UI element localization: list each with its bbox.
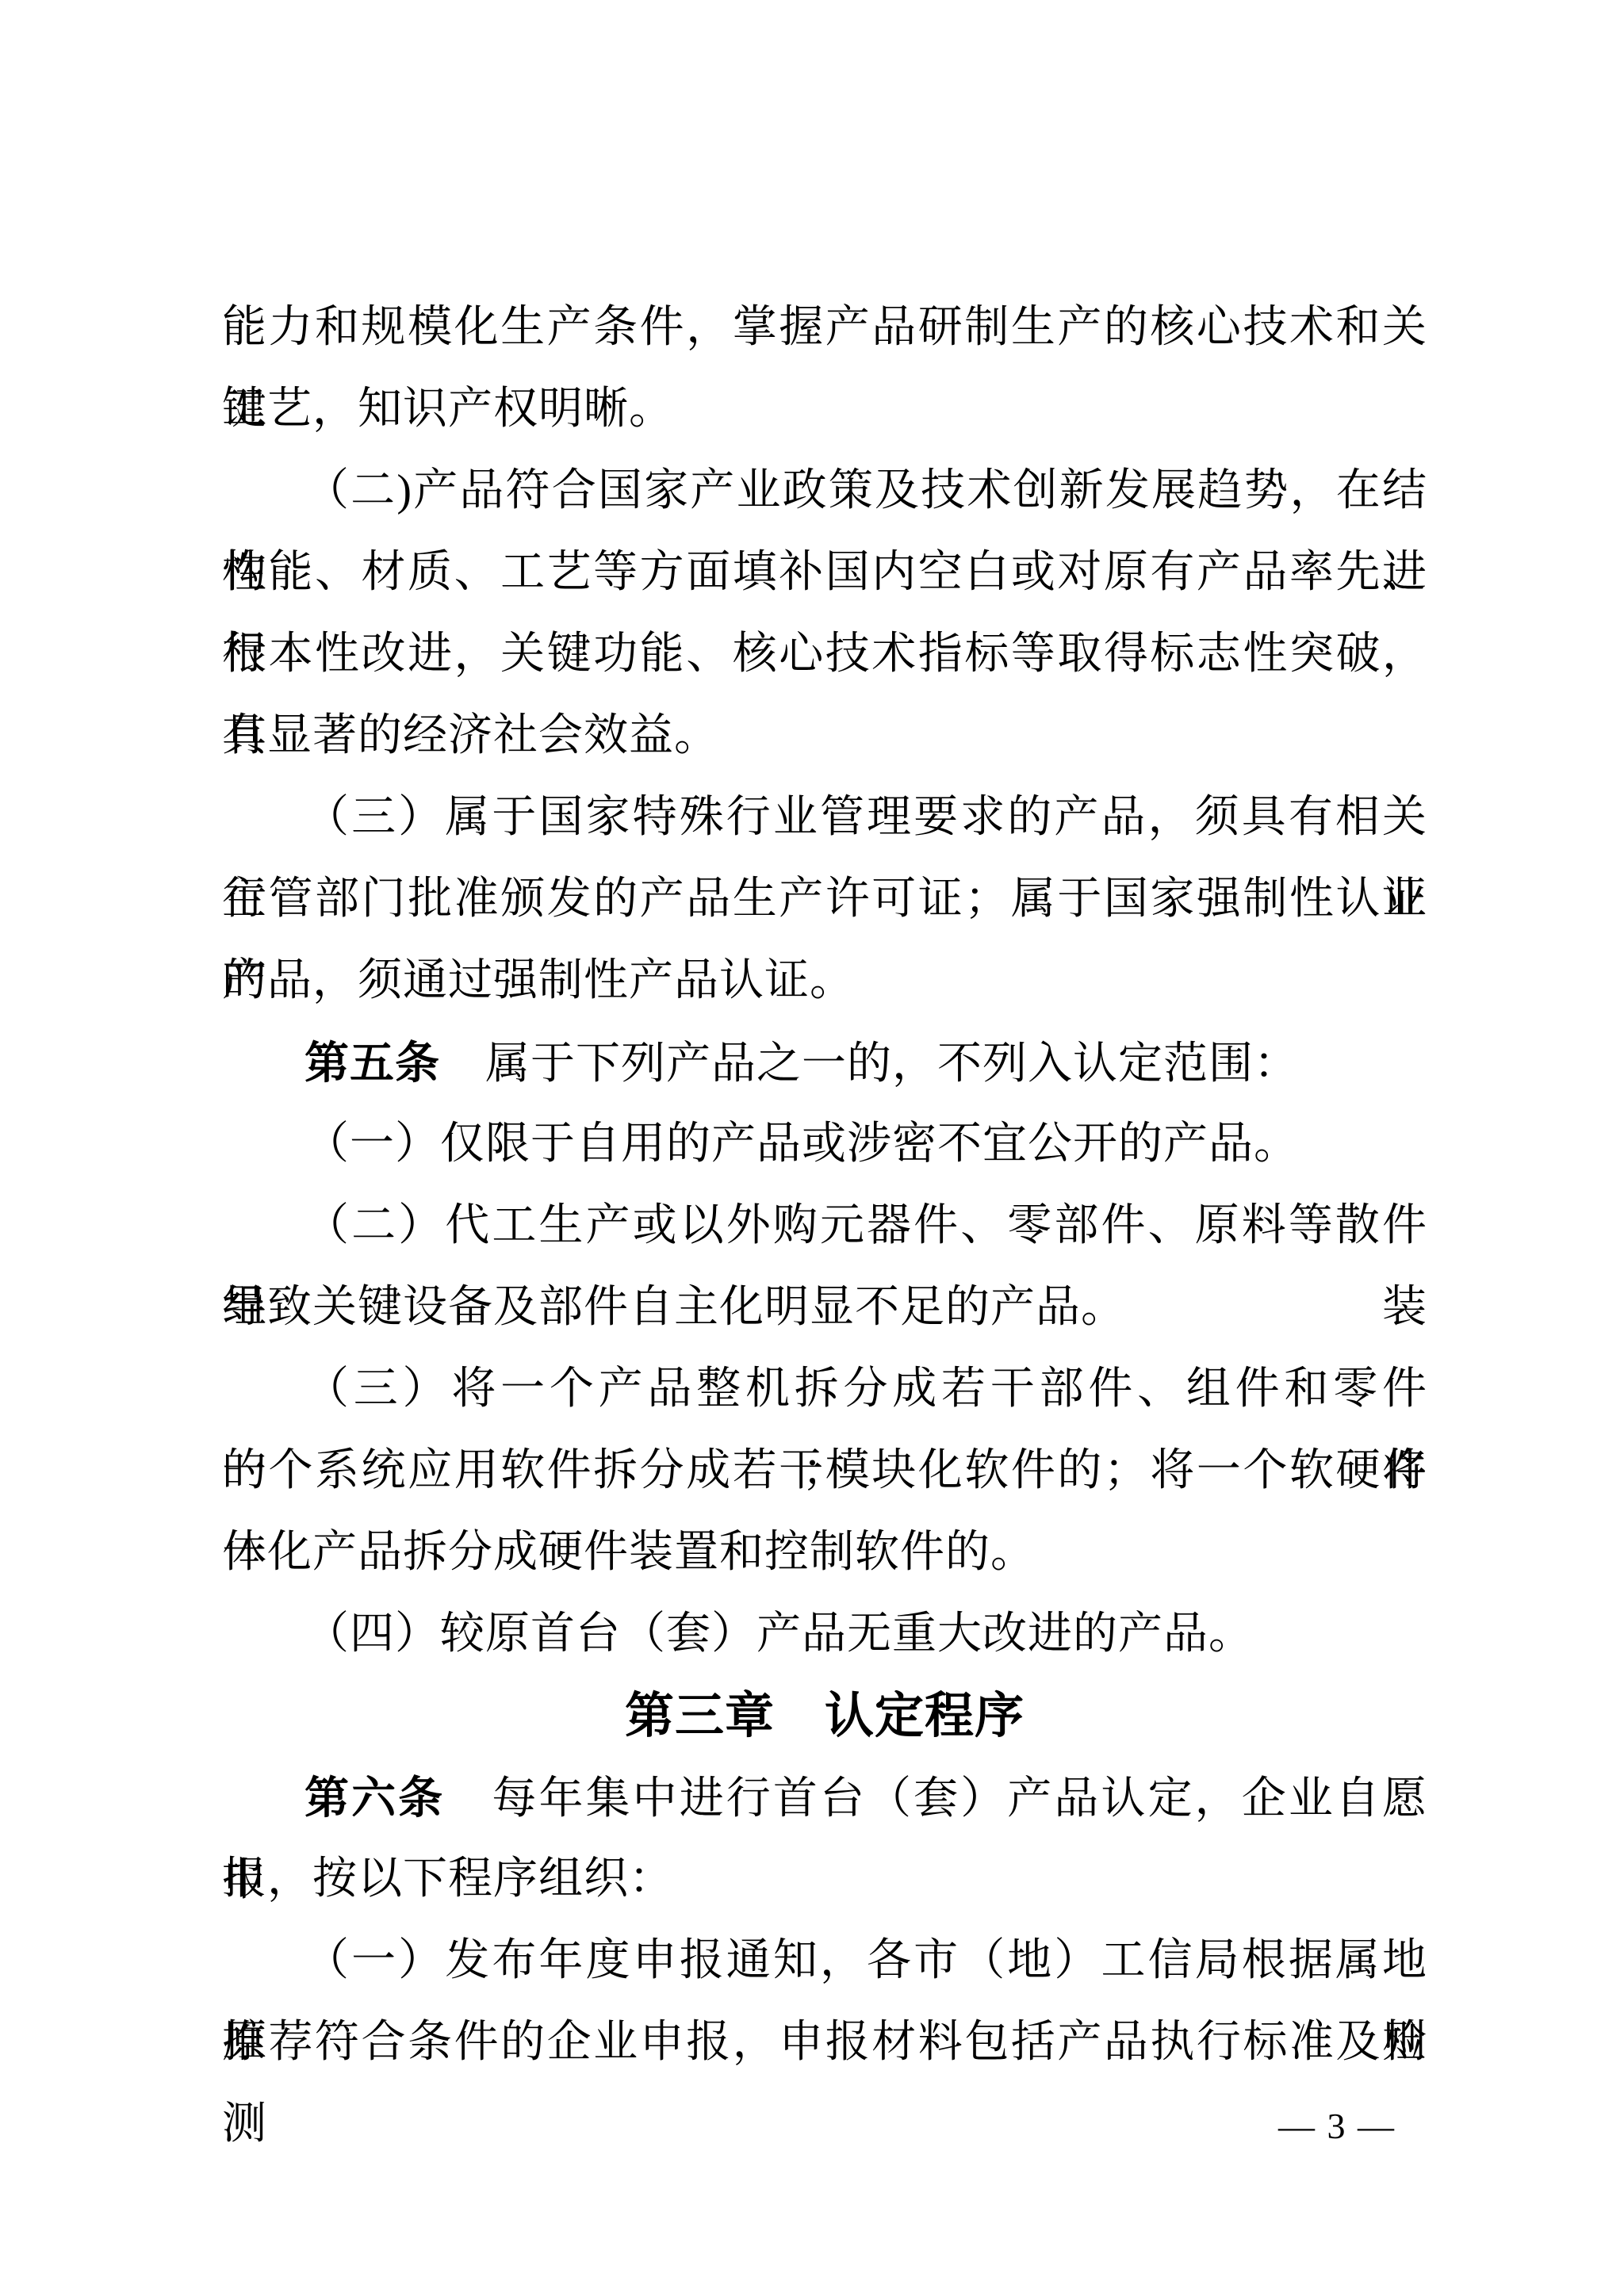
text-line: 一个系统应用软件拆分成若干模块化软件的；将一个软硬件一	[222, 1430, 1427, 1512]
text-line: （一）仅限于自用的产品或涉密不宜公开的产品。	[222, 1104, 1427, 1185]
text-line: 推荐符合条件的企业申报，申报材料包括产品执行标准及检测	[222, 2002, 1427, 2084]
text-line: （二)产品符合国家产业政策及技术创新发展趋势，在结构、	[222, 450, 1427, 532]
text-line: （三）将一个产品整机拆分成若干部件、组件和零件的；将	[222, 1349, 1427, 1430]
chapter-heading: 第三章 认定程序	[222, 1675, 1427, 1757]
article-number-label: 第五条	[304, 1038, 440, 1088]
text-line: 第六条 每年集中进行首台（套）产品认定，企业自愿申	[222, 1757, 1427, 1839]
document-body: 能力和规模化生产条件，掌握产品研制生产的核心技术和关键工艺，知识产权明晰。（二)…	[222, 287, 1427, 2084]
text-line: 第五条 属于下列产品之一的，不列入认定范围：	[222, 1022, 1427, 1104]
text-line: （三）属于国家特殊行业管理要求的产品，须具有相关行业	[222, 777, 1427, 859]
text-line: 工艺，知识产权明晰。	[222, 369, 1427, 450]
text-line: 性能、材质、工艺等方面填补国内空白或对原有产品率先进行	[222, 532, 1427, 614]
text-line: 报，按以下程序组织：	[222, 1839, 1427, 1920]
page-number: — 3 —	[1278, 2101, 1396, 2152]
text-line: （一）发布年度申报通知，各市（地）工信局根据属地原则	[222, 1920, 1427, 2002]
text-line: （四）较原首台（套）产品无重大改进的产品。	[222, 1594, 1427, 1675]
article-number-label: 第六条	[304, 1773, 445, 1823]
text-line: 体化产品拆分成硬件装置和控制软件的。	[222, 1512, 1427, 1594]
text-line: 有显著的经济社会效益。	[222, 695, 1427, 777]
text-line: （二）代工生产或以外购元器件、零部件、原料等散件组装	[222, 1185, 1427, 1267]
text-line: 根本性改进，关键功能、核心技术指标等取得标志性突破，具	[222, 614, 1427, 695]
text-line: 产品，须通过强制性产品认证。	[222, 940, 1427, 1022]
text-line: 能力和规模化生产条件，掌握产品研制生产的核心技术和关键	[222, 287, 1427, 369]
text-line: 主管部门批准颁发的产品生产许可证；属于国家强制性认证的	[222, 859, 1427, 940]
document-page: 能力和规模化生产条件，掌握产品研制生产的核心技术和关键工艺，知识产权明晰。（二)…	[0, 0, 1624, 2296]
